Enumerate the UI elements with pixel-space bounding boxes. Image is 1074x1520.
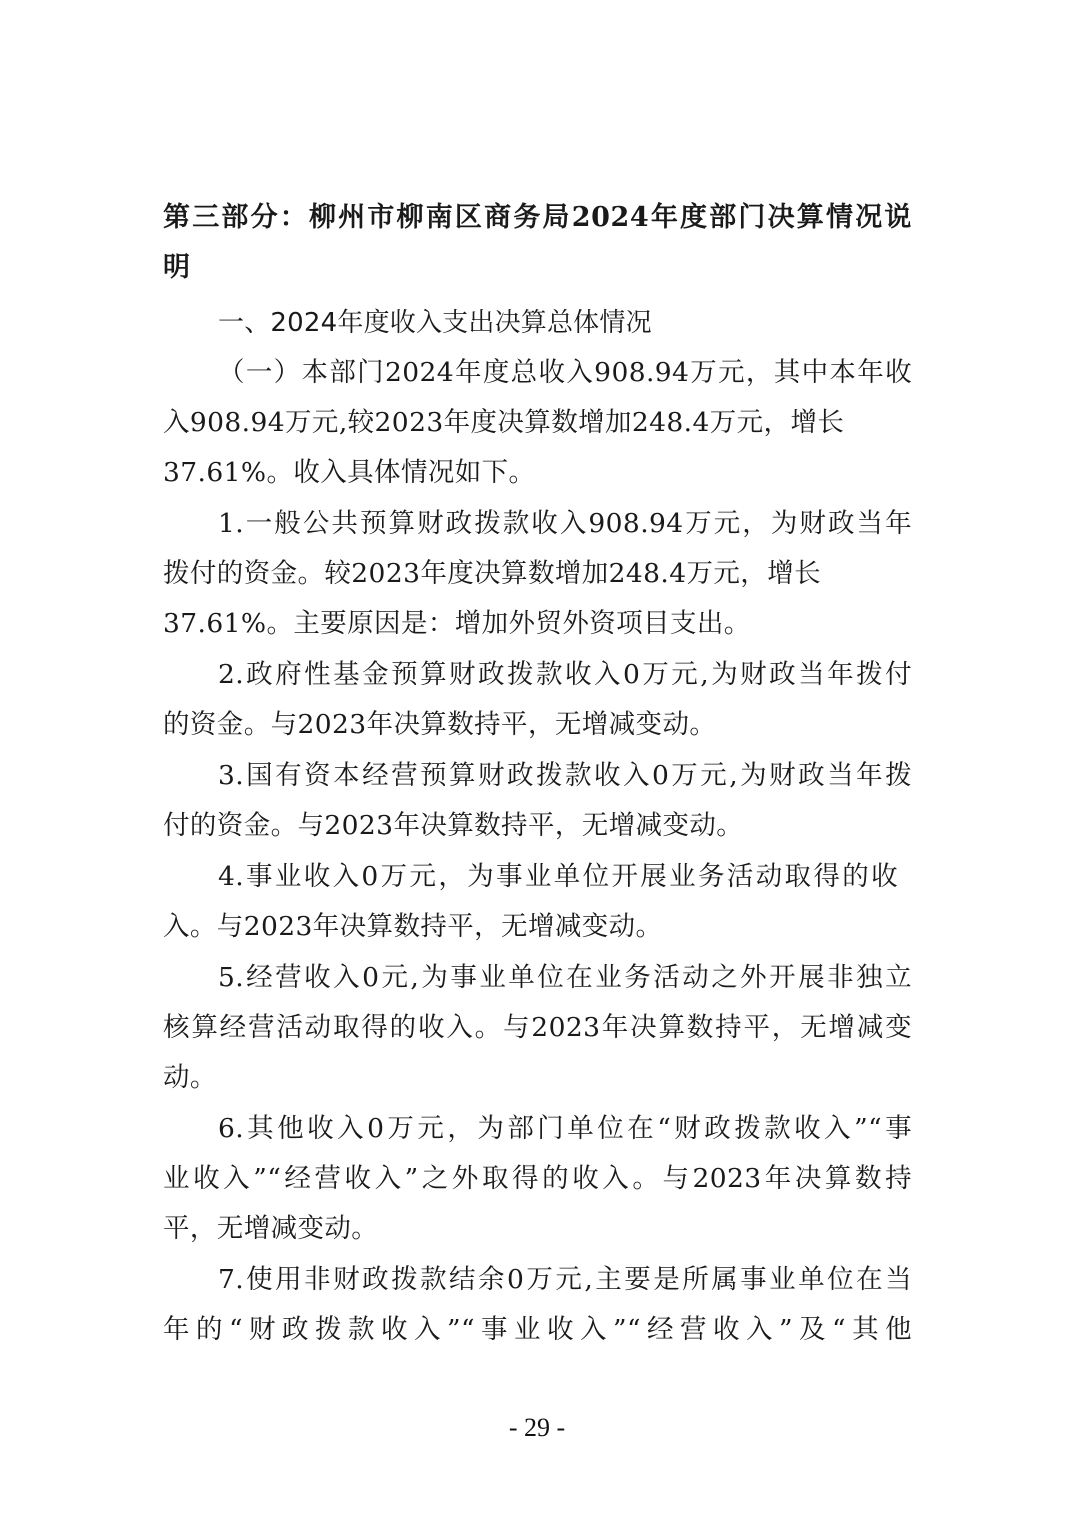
paragraph-item-6-line-3: 平，无增减变动。 — [163, 1204, 923, 1254]
paragraph-item-6-line-1: 6.其他收入0万元，为部门单位在“财政拨款收入”“事 — [218, 1104, 912, 1154]
document-title-line-2: 明 — [163, 243, 923, 293]
section-heading: 一、2024年度收入支出决算总体情况 — [218, 298, 978, 348]
paragraph-item-3-line-1: 3.国有资本经营预算财政拨款收入0万元,为财政当年拨 — [218, 751, 912, 801]
paragraph-item-5-line-2: 核算经营活动取得的收入。与2023年决算数持平，无增减变 — [163, 1003, 912, 1053]
paragraph-overview-line-2: 入908.94万元,较2023年度决算数增加248.4万元，增长 — [163, 398, 923, 448]
paragraph-item-5-line-1: 5.经营收入0元,为事业单位在业务活动之外开展非独立 — [218, 953, 912, 1003]
paragraph-overview-line-3: 37.61%。收入具体情况如下。 — [163, 448, 923, 498]
paragraph-item-5-line-3: 动。 — [163, 1053, 923, 1103]
paragraph-item-6-line-2: 业收入”“经营收入”之外取得的收入。与2023年决算数持 — [163, 1154, 912, 1204]
paragraph-item-4-line-2: 入。与2023年决算数持平，无增减变动。 — [163, 902, 923, 952]
paragraph-item-7-line-1: 7.使用非财政拨款结余0万元,主要是所属事业单位在当 — [218, 1255, 912, 1305]
document-page: 第三部分：柳州市柳南区商务局2024年度部门决算情况说 明 一、2024年度收入… — [0, 0, 1074, 1520]
document-title-line-1: 第三部分：柳州市柳南区商务局2024年度部门决算情况说 — [163, 193, 912, 243]
paragraph-item-1-line-2: 拨付的资金。较2023年度决算数增加248.4万元，增长 — [163, 549, 923, 599]
paragraph-overview-line-1: （一）本部门2024年度总收入908.94万元，其中本年收 — [218, 348, 912, 398]
paragraph-item-7-line-2: 年的“财政拨款收入”“事业收入”“经营收入”及“其他 — [163, 1305, 912, 1355]
paragraph-item-2-line-1: 2.政府性基金预算财政拨款收入0万元,为财政当年拨付 — [218, 650, 912, 700]
paragraph-item-3-line-2: 付的资金。与2023年决算数持平，无增减变动。 — [163, 801, 923, 851]
paragraph-item-1-line-1: 1.一般公共预算财政拨款收入908.94万元，为财政当年 — [218, 499, 912, 549]
page-number: - 29 - — [0, 1408, 1074, 1448]
paragraph-item-1-line-3: 37.61%。主要原因是：增加外贸外资项目支出。 — [163, 599, 923, 649]
paragraph-item-2-line-2: 的资金。与2023年决算数持平，无增减变动。 — [163, 700, 923, 750]
paragraph-item-4-line-1: 4.事业收入0万元，为事业单位开展业务活动取得的收 — [218, 852, 898, 902]
